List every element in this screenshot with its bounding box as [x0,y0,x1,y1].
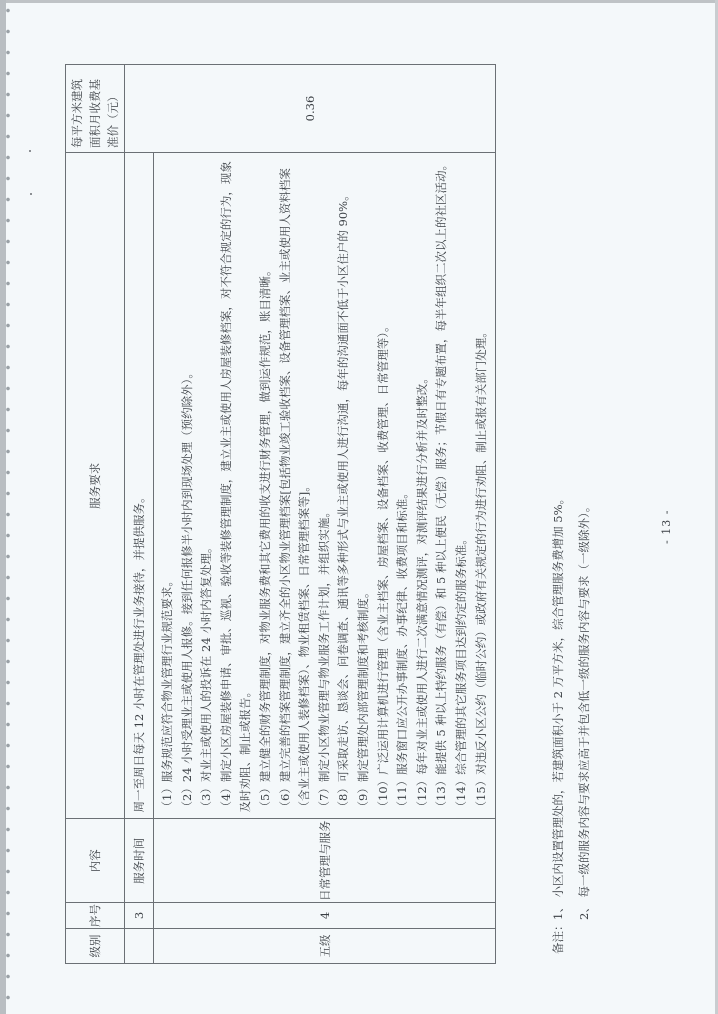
requirement-item: （15）对违反小区公约（临时公约）或政府有关规定的行为进行劝阻、制止或报有关部门… [472,159,492,812]
requirement-item: （4）制定小区房屋装修申请、审批、巡视、验收等装修管理制度，建立业主或使用人房屋… [217,159,256,812]
requirement-item: （10）广泛运用计算机进行管理（含业主档案、房屋档案、设备档案、收费管理、日常管… [374,159,394,812]
notes-label: 备注： [545,920,571,954]
requirement-item: （6）建立完善的档案管理制度，建立齐全的小区物业管理档案[包括物业竣工验收档案、… [276,159,315,812]
header-requirements: 服务要求 [66,153,125,819]
requirement-item: （7）制定小区物业管理与物业服务工作计划，并组织实施。 [315,159,335,812]
cell-content: 日常管理与服务 [154,819,496,903]
requirement-item: （13）能提供 5 种以上特约服务（有偿）和 5 种以上便民（无偿）服务；节假日… [432,159,452,812]
cell-level [125,929,154,964]
requirement-item: （8）可采取走访、恳谈会、问卷调查、通讯等多种形式与业主或使用人进行沟通，每年的… [334,159,354,812]
requirement-item: （3）对业主或使用人的投诉在 24 小时内答复处理。 [197,159,217,812]
cell-no: 3 [125,902,154,928]
header-content: 内容 [66,819,125,903]
note-item: 2、 每一级的服务内容与要求应高于并包含低一级的服务内容与要求（一级除外）。 [571,493,597,954]
note-item: 备注：1、 小区内设置管理处的，若建筑面积小于 2 万平方米，综合管理服务费增加… [545,493,571,954]
header-price: 每平方米建筑面积月收费基准价（元） [66,65,125,153]
page-number: - 13 - [660,510,673,544]
requirements-list: （1）服务规范应符合物业管理行业规范要求。 （2）24 小时受理业主或使用人报修… [154,153,495,818]
service-standard-table: 级别 序号 内容 服务要求 每平方米建筑面积月收费基准价（元） 3 服务时间 周… [65,64,496,964]
cell-requirements: 周一至周日每天 12 小时在管理处进行业务接待，并提供服务。 [125,153,154,819]
requirement-item: （14）综合管理的其它服务项目达到约定的服务标准。 [452,159,472,812]
requirement-item: （12）每年对业主或使用人进行二次满意情况测评，对测评结果进行分析并及时整改。 [413,159,433,812]
table-row: 五级 4 日常管理与服务 （1）服务规范应符合物业管理行业规范要求。 （2）24… [154,65,496,964]
table-header-row: 级别 序号 内容 服务要求 每平方米建筑面积月收费基准价（元） [66,65,125,964]
note-text: 2、 每一级的服务内容与要求应高于并包含低一级的服务内容与要求（一级除外）。 [577,501,591,920]
rotated-document-page: 级别 序号 内容 服务要求 每平方米建筑面积月收费基准价（元） 3 服务时间 周… [0,0,718,1014]
cell-content: 服务时间 [125,819,154,903]
requirement-item: （9）制定管理处内部管理制度和考核制度。 [354,159,374,812]
cell-no: 4 [154,902,496,928]
cell-level: 五级 [154,929,496,964]
requirement-item: （2）24 小时受理业主或使用人报修。接到任何报修半小时内到现场处理（预约除外）… [178,159,198,812]
cell-price: 0.36 [125,65,496,153]
notes-block: 备注：1、 小区内设置管理处的，若建筑面积小于 2 万平方米，综合管理服务费增加… [545,493,597,954]
requirement-item: （1）服务规范应符合物业管理行业规范要求。 [158,159,178,812]
header-level: 级别 [66,929,125,964]
note-text: 1、 小区内设置管理处的，若建筑面积小于 2 万平方米，综合管理服务费增加 5%… [551,493,565,920]
table-row: 3 服务时间 周一至周日每天 12 小时在管理处进行业务接待，并提供服务。 0.… [125,65,154,964]
header-no: 序号 [66,902,125,928]
requirement-item: （5）建立健全的财务管理制度，对物业服务费和其它费用的收支进行财务管理，做到运作… [256,159,276,812]
requirement-item: （11）服务窗口应公开办事制度、办事纪律、收费项目和标准。 [393,159,413,812]
cell-requirements: （1）服务规范应符合物业管理行业规范要求。 （2）24 小时受理业主或使用人报修… [154,153,496,819]
